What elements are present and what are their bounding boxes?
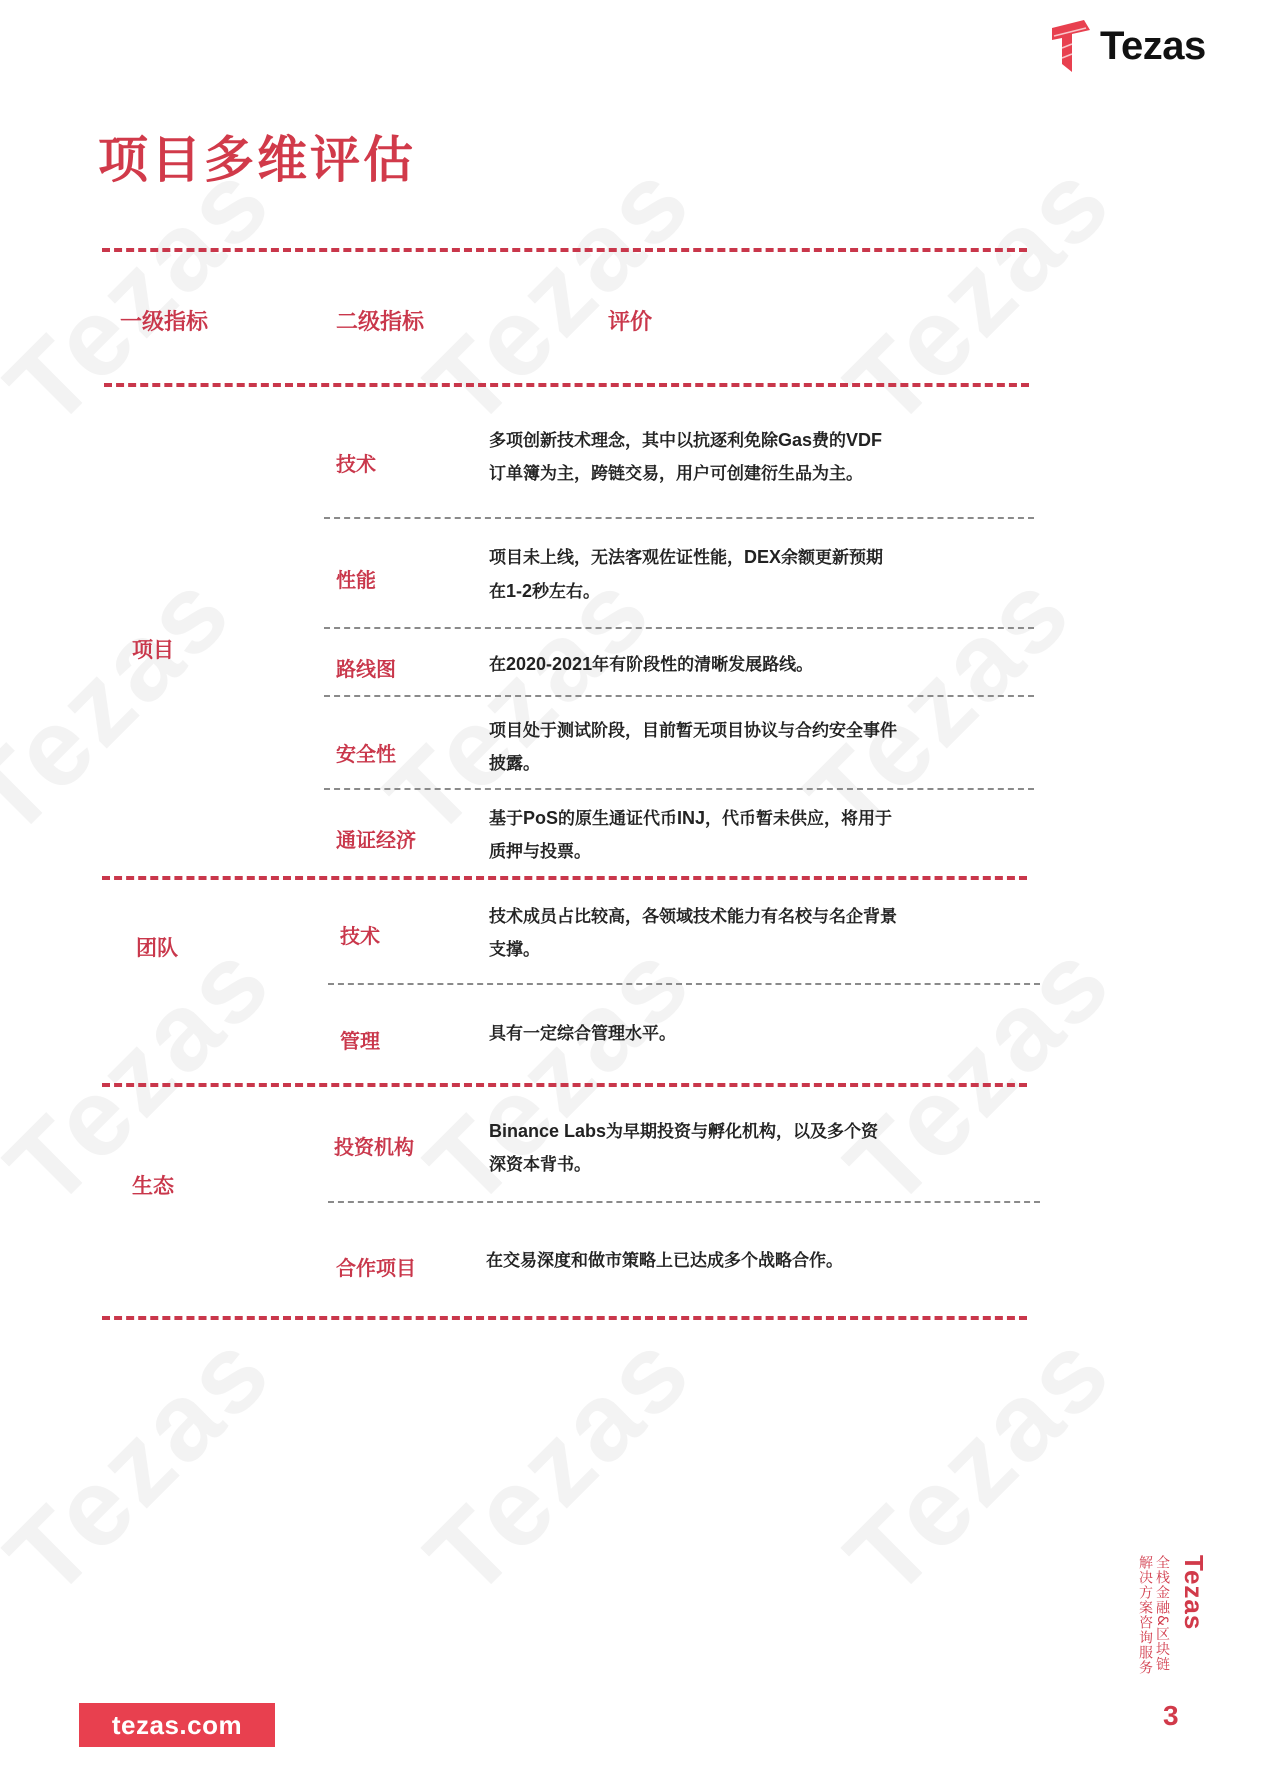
evaluation-text: Binance Labs为早期投资与孵化机构，以及多个资 深资本背书。 <box>489 1115 959 1182</box>
website-link[interactable]: tezas.com <box>79 1703 275 1747</box>
page-title: 项目多维评估 <box>98 120 416 192</box>
watermark: Tezas <box>402 136 716 450</box>
row-divider <box>328 983 1040 985</box>
level1-team: 团队 <box>136 932 178 962</box>
evaluation-text: 多项创新技术理念，其中以抗逐利免除Gas费的VDF 订单簿为主，跨链交易，用户可… <box>489 424 959 491</box>
header-evaluation: 评价 <box>608 305 652 336</box>
watermark: Tezas <box>0 546 256 860</box>
brand-name: Tezas <box>1100 24 1206 69</box>
row-divider <box>324 788 1034 790</box>
level2-label: 管理 <box>340 1025 380 1054</box>
table-top-rule <box>102 248 1027 252</box>
evaluation-text: 在2020-2021年有阶段性的清晰发展路线。 <box>489 648 959 682</box>
side-tagline: 解决方案咨询服务 全栈金融&区块链 Tezas <box>1136 1555 1209 1675</box>
group-divider <box>102 876 1027 880</box>
level1-ecosystem: 生态 <box>132 1170 174 1200</box>
level2-label: 投资机构 <box>334 1131 414 1160</box>
level2-label: 通证经济 <box>336 824 416 853</box>
tagline-line2: 解决方案咨询服务 <box>1136 1555 1153 1675</box>
tezas-logo-icon <box>1048 18 1092 74</box>
watermark: Tezas <box>822 1306 1136 1620</box>
level2-label: 技术 <box>336 448 376 477</box>
evaluation-text: 技术成员占比较高，各领域技术能力有名校与名企背景 支撑。 <box>489 901 959 967</box>
table-bottom-rule <box>102 1316 1027 1320</box>
level2-label: 技术 <box>340 920 380 949</box>
evaluation-text: 项目未上线，无法客观佐证性能，DEX余额更新预期 在1-2秒左右。 <box>489 541 959 609</box>
tagline-line1: 全栈金融&区块链 <box>1153 1555 1170 1675</box>
level2-label: 性能 <box>336 564 376 593</box>
level2-label: 路线图 <box>336 653 396 682</box>
side-brand-name: Tezas <box>1178 1555 1209 1675</box>
evaluation-text: 具有一定综合管理水平。 <box>489 1018 959 1051</box>
watermark: Tezas <box>822 136 1136 450</box>
header-level2: 二级指标 <box>336 305 424 336</box>
evaluation-text: 基于PoS的原生通证代币INJ，代币暂未供应，将用于 质押与投票。 <box>489 802 959 869</box>
row-divider <box>324 695 1034 697</box>
group-divider <box>102 1083 1027 1087</box>
page-number: 3 <box>1163 1700 1179 1732</box>
level2-label: 合作项目 <box>336 1252 416 1281</box>
brand-logo: Tezas <box>1048 18 1206 74</box>
watermark: Tezas <box>0 1306 296 1620</box>
row-divider <box>328 1201 1040 1203</box>
level1-project: 项目 <box>132 634 174 664</box>
evaluation-text: 项目处于测试阶段，目前暂无项目协议与合约安全事件 披露。 <box>489 715 959 781</box>
header-bottom-rule <box>104 383 1029 387</box>
header-level1: 一级指标 <box>120 305 208 336</box>
row-divider <box>324 517 1034 519</box>
level2-label: 安全性 <box>336 738 396 767</box>
row-divider <box>324 627 1034 629</box>
evaluation-text: 在交易深度和做市策略上已达成多个战略合作。 <box>486 1245 956 1278</box>
watermark: Tezas <box>402 1306 716 1620</box>
